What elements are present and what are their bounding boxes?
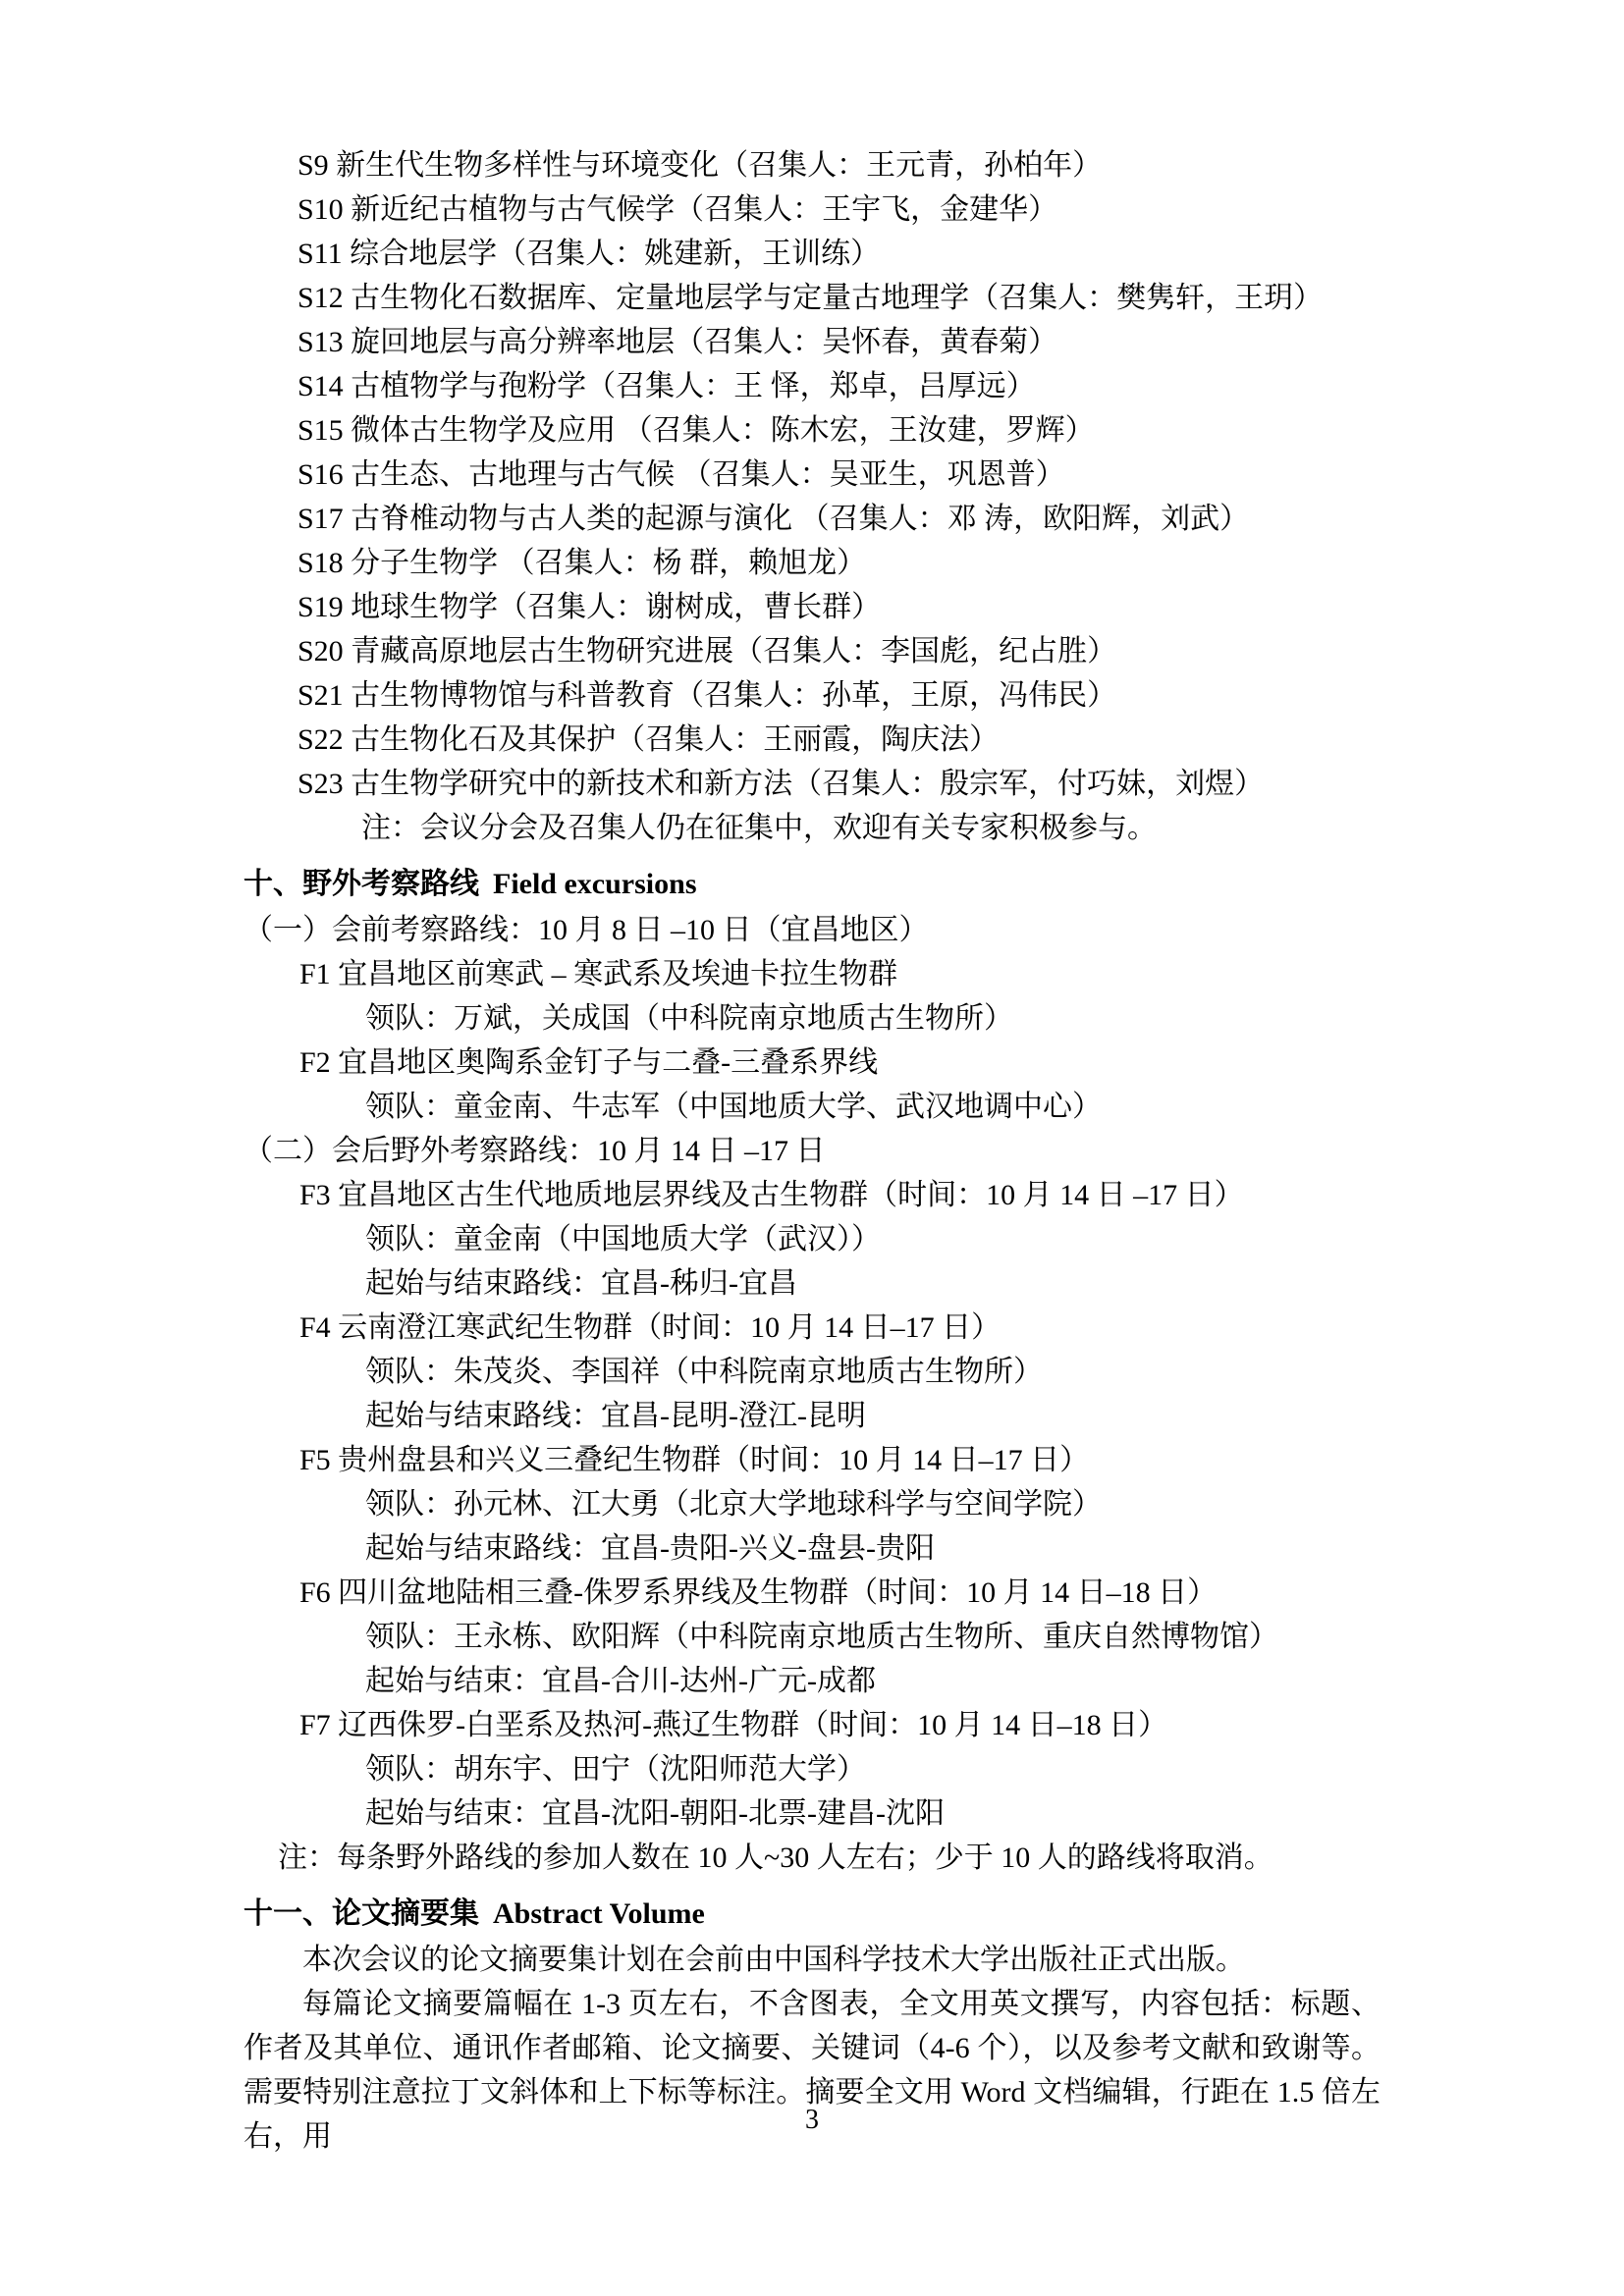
excursion-leader-line: 领队：孙元林、江大勇（北京大学地球科学与空间学院） (244, 1482, 1380, 1526)
session-item: S23 古生物学研究中的新技术和新方法（召集人：殷宗军，付巧妹，刘煜） (244, 762, 1380, 806)
excursion-itinerary-line: 起始与结束路线：宜昌-昆明-澄江-昆明 (244, 1394, 1380, 1438)
session-item: S14 古植物学与孢粉学（召集人：王 怿，郑卓，吕厚远） (244, 364, 1380, 408)
excursion-route-line: F5 贵州盘县和兴义三叠纪生物群（时间：10 月 14 日–17 日） (244, 1438, 1380, 1482)
section-heading-en: Abstract Volume (493, 1897, 705, 1930)
excursion-route-line: F3 宜昌地区古生代地质地层界线及古生物群（时间：10 月 14 日 –17 日… (244, 1173, 1380, 1217)
session-item: S20 青藏高原地层古生物研究进展（召集人：李国彪，纪占胜） (244, 629, 1380, 673)
session-item: S13 旋回地层与高分辨率地层（召集人：吴怀春，黄春菊） (244, 320, 1380, 364)
excursion-leader-line: 领队：朱茂炎、李国祥（中科院南京地质古生物所） (244, 1350, 1380, 1394)
excursion-route-line: F4 云南澄江寒武纪生物群（时间：10 月 14 日–17 日） (244, 1306, 1380, 1350)
excursion-itinerary-line: 起始与结束：宜昌-合川-达州-广元-成都 (244, 1659, 1380, 1703)
session-item: S21 古生物博物馆与科普教育（召集人：孙革，王原，冯伟民） (244, 673, 1380, 718)
session-item: S17 古脊椎动物与古人类的起源与演化 （召集人：邓 涛，欧阳辉，刘武） (244, 497, 1380, 541)
session-item: S19 地球生物学（召集人：谢树成，曹长群） (244, 585, 1380, 629)
session-item: S15 微体古生物学及应用 （召集人：陈木宏，王汝建，罗辉） (244, 408, 1380, 453)
section-heading-field-excursions: 十、野外考察路线Field excursions (244, 862, 1380, 906)
excursion-itinerary-line: 起始与结束：宜昌-沈阳-朝阳-北票-建昌-沈阳 (244, 1791, 1380, 1836)
excursion-leader-line: 领队：童金南、牛志军（中国地质大学、武汉地调中心） (244, 1085, 1380, 1129)
excursion-group-line: （一）会前考察路线：10 月 8 日 –10 日（宜昌地区） (244, 908, 1380, 952)
excursion-leader-line: 领队：童金南（中国地质大学（武汉）） (244, 1217, 1380, 1261)
document-page: S9 新生代生物多样性与环境变化（召集人：王元青，孙柏年） S10 新近纪古植物… (0, 0, 1624, 2296)
field-excursion-list: （一）会前考察路线：10 月 8 日 –10 日（宜昌地区） F1 宜昌地区前寒… (244, 908, 1380, 1880)
session-item: S11 综合地层学（召集人：姚建新，王训练） (244, 232, 1380, 276)
excursion-route-line: F6 四川盆地陆相三叠-侏罗系界线及生物群（时间：10 月 14 日–18 日） (244, 1571, 1380, 1615)
session-item: S12 古生物化石数据库、定量地层学与定量古地理学（召集人：樊隽轩，王玥） (244, 276, 1380, 320)
sessions-note: 注：会议分会及召集人仍在征集中，欢迎有关专家积极参与。 (244, 806, 1380, 850)
session-item: S18 分子生物学 （召集人：杨 群，赖旭龙） (244, 541, 1380, 585)
section-heading-en: Field excursions (493, 868, 697, 900)
excursion-leader-line: 领队：万斌，关成国（中科院南京地质古生物所） (244, 996, 1380, 1041)
session-list: S9 新生代生物多样性与环境变化（召集人：王元青，孙柏年） S10 新近纪古植物… (244, 143, 1380, 850)
excursion-itinerary-line: 起始与结束路线：宜昌-贵阳-兴义-盘县-贵阳 (244, 1526, 1380, 1571)
session-item: S16 古生态、古地理与古气候 （召集人：吴亚生，巩恩普） (244, 453, 1380, 497)
section-heading-abstract-volume: 十一、论文摘要集Abstract Volume (244, 1892, 1380, 1936)
session-item: S10 新近纪古植物与古气候学（召集人：王宇飞，金建华） (244, 187, 1380, 232)
excursion-route-line: F2 宜昌地区奥陶系金钉子与二叠-三叠系界线 (244, 1041, 1380, 1085)
excursion-leader-line: 领队：王永栋、欧阳辉（中科院南京地质古生物所、重庆自然博物馆） (244, 1615, 1380, 1659)
abstract-paragraph: 本次会议的论文摘要集计划在会前由中国科学技术大学出版社正式出版。 (244, 1938, 1380, 1982)
section-heading-zh: 十、野外考察路线 (244, 868, 479, 900)
excursion-itinerary-line: 起始与结束路线：宜昌-秭归-宜昌 (244, 1261, 1380, 1306)
section-heading-zh: 十一、论文摘要集 (244, 1897, 479, 1930)
session-item: S22 古生物化石及其保护（召集人：王丽霞，陶庆法） (244, 718, 1380, 762)
excursions-note: 注：每条野外路线的参加人数在 10 人~30 人左右；少于 10 人的路线将取消… (244, 1836, 1380, 1880)
excursion-leader-line: 领队：胡东宇、田宁（沈阳师范大学） (244, 1747, 1380, 1791)
excursion-group-line: （二）会后野外考察路线：10 月 14 日 –17 日 (244, 1129, 1380, 1173)
session-item: S9 新生代生物多样性与环境变化（召集人：王元青，孙柏年） (244, 143, 1380, 187)
page-number: 3 (0, 2101, 1624, 2140)
excursion-route-line: F7 辽西侏罗-白垩系及热河-燕辽生物群（时间：10 月 14 日–18 日） (244, 1703, 1380, 1747)
excursion-route-line: F1 宜昌地区前寒武 – 寒武系及埃迪卡拉生物群 (244, 952, 1380, 996)
